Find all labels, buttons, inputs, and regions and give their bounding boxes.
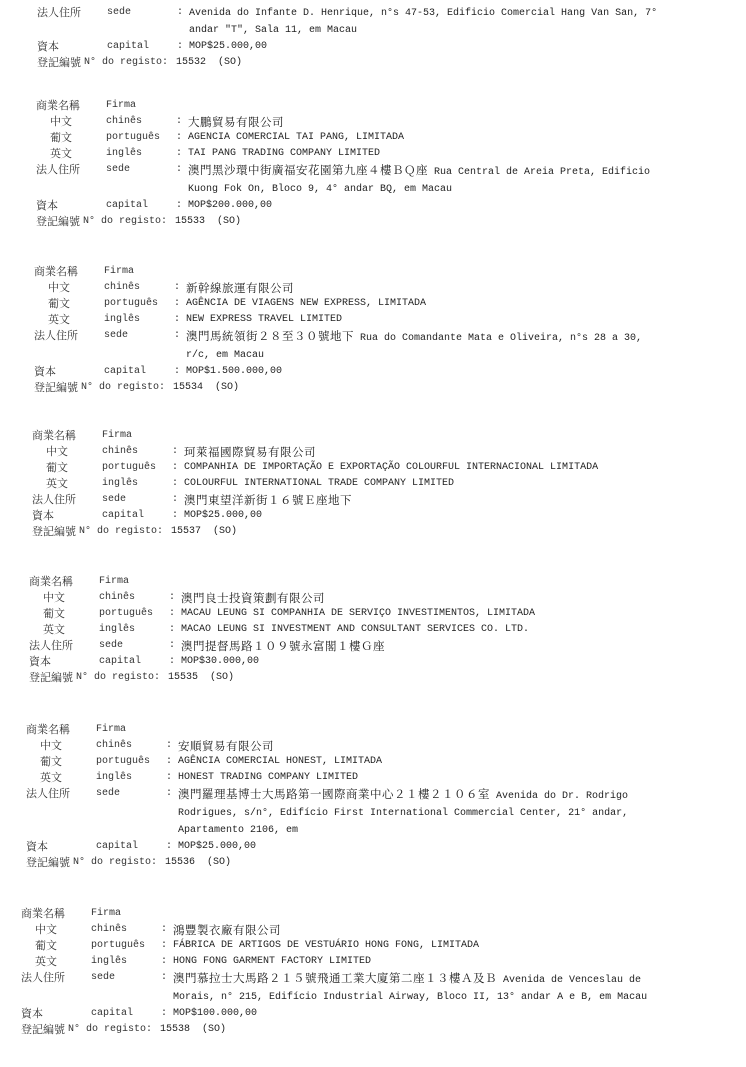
- capital-row: 資本 capital : MOP$30.000,00: [29, 654, 721, 670]
- colon: :: [161, 954, 173, 970]
- sede-label-zh: 法人住所: [29, 638, 99, 654]
- sede-row: 法人住所 sede : 澳門羅理基博士大馬路第一國際商業中心２１樓２１０６室 A…: [26, 786, 718, 839]
- portugues-row: 葡文 português : AGÊNCIA COMERCIAL HONEST,…: [26, 754, 718, 770]
- sede-value: Avenida do Infante D. Henrique, n°s 47-5…: [189, 5, 729, 39]
- sede-line: Avenida do Infante D. Henrique, n°s 47-5…: [189, 5, 729, 22]
- portugues-label-pt: português: [106, 130, 176, 146]
- firma-label-zh: 商業名稱: [21, 906, 91, 922]
- capital-value: MOP$100.000,00: [173, 1006, 713, 1022]
- registo-label-pt: N° do registo:: [68, 1022, 152, 1038]
- ingles-label-pt: inglês: [106, 146, 176, 162]
- colon: :: [172, 460, 184, 476]
- registo-suffix: (SO): [210, 670, 234, 686]
- registo-number: 15535: [168, 670, 198, 686]
- sede-row: 法人住所 sede : 澳門馬統領街２８至３０號地下 Rua do Comand…: [34, 328, 726, 364]
- sede-label-pt: sede: [104, 328, 174, 344]
- registo-row: 登記編號 N° do registo: 15535 (SO): [29, 670, 721, 686]
- sede-label-pt: sede: [91, 970, 161, 986]
- sede-line: r/c, em Macau: [186, 347, 726, 364]
- sede-value: 澳門黑沙環中街廣福安花園第九座４樓ＢＱ座 Rua Central de Arei…: [188, 162, 728, 198]
- capital-label-pt: capital: [107, 39, 177, 55]
- ingles-row: 英文 inglês : HONEST TRADING COMPANY LIMIT…: [26, 770, 718, 786]
- registo-label-pt: N° do registo:: [81, 380, 165, 396]
- portugues-label-zh: 葡文: [36, 130, 106, 146]
- portuguese-name: AGÊNCIA DE VIAGENS NEW EXPRESS, LIMITADA: [186, 296, 726, 312]
- registo-row: 登記編號 N° do registo: 15537 (SO): [32, 524, 724, 540]
- capital-value: MOP$30.000,00: [181, 654, 721, 670]
- registo-row: 登記編號 N° do registo: 15538 (SO): [21, 1022, 713, 1038]
- sede-label-pt: sede: [99, 638, 169, 654]
- registo-number: 15533: [175, 214, 205, 230]
- chines-row: 中文 chinês : 新幹線旅運有限公司: [34, 280, 726, 296]
- gazette-page: 法人住所 sede : Avenida do Infante D. Henriq…: [0, 0, 746, 1067]
- capital-row: 資本 capital : MOP$1.500.000,00: [34, 364, 726, 380]
- capital-label-zh: 資本: [34, 364, 104, 380]
- sede-chinese: 澳門馬統領街２８至３０號地下: [186, 329, 354, 343]
- registo-label-zh: 登記編號: [26, 855, 70, 871]
- colon: :: [174, 328, 186, 344]
- chines-row: 中文 chinês : 鴻豐製衣廠有限公司: [21, 922, 713, 938]
- colon: :: [176, 198, 188, 214]
- capital-label-pt: capital: [106, 198, 176, 214]
- firma-label-pt: Firma: [104, 264, 174, 280]
- chines-label-zh: 中文: [29, 590, 99, 606]
- registo-label-pt: N° do registo:: [79, 524, 163, 540]
- firma-label-zh: 商業名稱: [29, 574, 99, 590]
- ingles-label-pt: inglês: [96, 770, 166, 786]
- chines-label-pt: chinês: [96, 738, 166, 754]
- chinese-name: 安順貿易有限公司: [178, 739, 274, 753]
- portugues-row: 葡文 português : FÁBRICA DE ARTIGOS DE VES…: [21, 938, 713, 954]
- capital-value: MOP$25.000,00: [184, 508, 724, 524]
- ingles-row: 英文 inglês : COLOURFUL INTERNATIONAL TRAD…: [32, 476, 724, 492]
- firma-label-zh: 商業名稱: [34, 264, 104, 280]
- registo-label-zh: 登記編號: [21, 1022, 65, 1038]
- chines-label-zh: 中文: [26, 738, 96, 754]
- registo-suffix: (SO): [207, 855, 231, 871]
- portuguese-name: AGÊNCIA COMERCIAL HONEST, LIMITADA: [178, 754, 718, 770]
- firma-label-pt: Firma: [102, 428, 172, 444]
- english-name: TAI PANG TRADING COMPANY LIMITED: [188, 146, 728, 162]
- portugues-label-pt: português: [96, 754, 166, 770]
- chines-label-pt: chinês: [102, 444, 172, 460]
- colon: :: [176, 114, 188, 130]
- capital-value: MOP$25.000,00: [178, 839, 718, 855]
- firma-label-zh: 商業名稱: [36, 98, 106, 114]
- registo-label-pt: N° do registo:: [73, 855, 157, 871]
- portugues-label-zh: 葡文: [29, 606, 99, 622]
- portuguese-name: FÁBRICA DE ARTIGOS DE VESTUÁRIO HONG FON…: [173, 938, 713, 954]
- sede-line: Rodrigues, s/n°, Edifício First Internat…: [178, 805, 718, 822]
- colon: :: [169, 590, 181, 606]
- portuguese-name: MACAU LEUNG SI COMPANHIA DE SERVIÇO INVE…: [181, 606, 721, 622]
- chinese-name: 大鵬貿易有限公司: [188, 115, 284, 129]
- capital-label-zh: 資本: [32, 508, 102, 524]
- portugues-label-zh: 葡文: [26, 754, 96, 770]
- sede-label-pt: sede: [107, 5, 177, 21]
- portugues-label-pt: português: [99, 606, 169, 622]
- sede-label-zh: 法人住所: [34, 328, 104, 344]
- ingles-label-zh: 英文: [36, 146, 106, 162]
- ingles-label-pt: inglês: [104, 312, 174, 328]
- chines-label-pt: chinês: [106, 114, 176, 130]
- firma-label-zh: 商業名稱: [26, 722, 96, 738]
- firma-row: 商業名稱 Firma: [29, 574, 721, 590]
- chines-row: 中文 chinês : 安順貿易有限公司: [26, 738, 718, 754]
- sede-label-pt: sede: [96, 786, 166, 802]
- registo-label-pt: N° do registo:: [84, 55, 168, 71]
- colon: :: [176, 146, 188, 162]
- sede-line: andar "T", Sala 11, em Macau: [189, 22, 729, 39]
- registo-suffix: (SO): [213, 524, 237, 540]
- capital-label-pt: capital: [104, 364, 174, 380]
- sede-value: 澳門羅理基博士大馬路第一國際商業中心２１樓２１０６室 Avenida do Dr…: [178, 786, 718, 839]
- chines-label-zh: 中文: [36, 114, 106, 130]
- chines-label-zh: 中文: [32, 444, 102, 460]
- sede-label-pt: sede: [106, 162, 176, 178]
- chines-label-pt: chinês: [104, 280, 174, 296]
- company-entry-15532: 法人住所 sede : Avenida do Infante D. Henriq…: [37, 5, 729, 71]
- colon: :: [172, 444, 184, 460]
- chines-label-pt: chinês: [91, 922, 161, 938]
- english-name: NEW EXPRESS TRAVEL LIMITED: [186, 312, 726, 328]
- registo-number: 15536: [165, 855, 195, 871]
- colon: :: [169, 654, 181, 670]
- colon: :: [166, 770, 178, 786]
- capital-row: 資本 capital : MOP$200.000,00: [36, 198, 728, 214]
- firma-label-zh: 商業名稱: [32, 428, 102, 444]
- portugues-row: 葡文 português : COMPANHIA DE IMPORTAÇÃO E…: [32, 460, 724, 476]
- sede-label-zh: 法人住所: [21, 970, 91, 986]
- colon: :: [166, 754, 178, 770]
- ingles-label-zh: 英文: [32, 476, 102, 492]
- portugues-label-pt: português: [104, 296, 174, 312]
- colon: :: [161, 938, 173, 954]
- sede-line: Kuong Fok On, Bloco 9, 4° andar BQ, em M…: [188, 181, 728, 198]
- chinese-name: 澳門良士投資策劃有限公司: [181, 591, 325, 605]
- firma-row: 商業名稱 Firma: [34, 264, 726, 280]
- registo-label-zh: 登記編號: [29, 670, 73, 686]
- colon: :: [176, 162, 188, 178]
- capital-label-zh: 資本: [26, 839, 96, 855]
- sede-chinese: 澳門慕拉士大馬路２１５號飛通工業大廈第二座１３樓Ａ及Ｂ: [173, 971, 497, 985]
- english-name: COLOURFUL INTERNATIONAL TRADE COMPANY LI…: [184, 476, 724, 492]
- colon: :: [172, 476, 184, 492]
- capital-row: 資本 capital : MOP$25.000,00: [26, 839, 718, 855]
- portugues-row: 葡文 português : AGÊNCIA DE VIAGENS NEW EX…: [34, 296, 726, 312]
- colon: :: [166, 786, 178, 802]
- company-entry-15534: 商業名稱 Firma 中文 chinês : 新幹線旅運有限公司 葡文 port…: [34, 264, 726, 396]
- capital-value: MOP$200.000,00: [188, 198, 728, 214]
- english-name: MACAO LEUNG SI INVESTMENT AND CONSULTANT…: [181, 622, 721, 638]
- colon: :: [174, 280, 186, 296]
- portugues-label-zh: 葡文: [21, 938, 91, 954]
- ingles-label-zh: 英文: [21, 954, 91, 970]
- registo-row: 登記編號 N° do registo: 15533 (SO): [36, 214, 728, 230]
- ingles-row: 英文 inglês : MACAO LEUNG SI INVESTMENT AN…: [29, 622, 721, 638]
- portugues-label-zh: 葡文: [32, 460, 102, 476]
- ingles-label-pt: inglês: [91, 954, 161, 970]
- registo-row: 登記編號 N° do registo: 15536 (SO): [26, 855, 718, 871]
- colon: :: [169, 638, 181, 654]
- chinese-name: 鴻豐製衣廠有限公司: [173, 923, 281, 937]
- sede-row: 法人住所 sede : 澳門慕拉士大馬路２１５號飛通工業大廈第二座１３樓Ａ及Ｂ …: [21, 970, 713, 1006]
- company-entry-15538: 商業名稱 Firma 中文 chinês : 鴻豐製衣廠有限公司 葡文 port…: [21, 906, 713, 1038]
- sede-label-pt: sede: [102, 492, 172, 508]
- colon: :: [166, 839, 178, 855]
- capital-label-pt: capital: [102, 508, 172, 524]
- firma-label-pt: Firma: [106, 98, 176, 114]
- ingles-label-zh: 英文: [29, 622, 99, 638]
- capital-value: MOP$25.000,00: [189, 39, 729, 55]
- registo-label-pt: N° do registo:: [83, 214, 167, 230]
- colon: :: [169, 606, 181, 622]
- sede-label-zh: 法人住所: [32, 492, 102, 508]
- chines-row: 中文 chinês : 大鵬貿易有限公司: [36, 114, 728, 130]
- colon: :: [174, 364, 186, 380]
- sede-line: Rua Central de Areia Preta, Edificio: [434, 167, 650, 178]
- colon: :: [177, 39, 189, 55]
- registo-row: 登記編號 N° do registo: 15532 (SO): [37, 55, 729, 71]
- company-entry-15536: 商業名稱 Firma 中文 chinês : 安順貿易有限公司 葡文 portu…: [26, 722, 718, 871]
- firma-row: 商業名稱 Firma: [36, 98, 728, 114]
- portugues-label-zh: 葡文: [34, 296, 104, 312]
- english-name: HONG FONG GARMENT FACTORY LIMITED: [173, 954, 713, 970]
- registo-number: 15534: [173, 380, 203, 396]
- portuguese-name: COMPANHIA DE IMPORTAÇÃO E EXPORTAÇÃO COL…: [184, 460, 724, 476]
- sede-value: 澳門慕拉士大馬路２１５號飛通工業大廈第二座１３樓Ａ及Ｂ Avenida de V…: [173, 970, 713, 1006]
- registo-label-zh: 登記編號: [36, 214, 80, 230]
- capital-label-pt: capital: [99, 654, 169, 670]
- registo-number: 15537: [171, 524, 201, 540]
- colon: :: [161, 922, 173, 938]
- ingles-row: 英文 inglês : HONG FONG GARMENT FACTORY LI…: [21, 954, 713, 970]
- capital-label-pt: capital: [91, 1006, 161, 1022]
- ingles-label-zh: 英文: [26, 770, 96, 786]
- company-entry-15535: 商業名稱 Firma 中文 chinês : 澳門良士投資策劃有限公司 葡文 p…: [29, 574, 721, 686]
- colon: :: [169, 622, 181, 638]
- chinese-name: 新幹線旅運有限公司: [186, 281, 294, 295]
- colon: :: [174, 296, 186, 312]
- portugues-row: 葡文 português : MACAU LEUNG SI COMPANHIA …: [29, 606, 721, 622]
- registo-suffix: (SO): [215, 380, 239, 396]
- capital-row: 資本 capital : MOP$25.000,00: [37, 39, 729, 55]
- chines-label-pt: chinês: [99, 590, 169, 606]
- registo-label-zh: 登記編號: [32, 524, 76, 540]
- sede-label-zh: 法人住所: [37, 5, 107, 21]
- firma-row: 商業名稱 Firma: [32, 428, 724, 444]
- chines-row: 中文 chinês : 澳門良士投資策劃有限公司: [29, 590, 721, 606]
- firma-row: 商業名稱 Firma: [26, 722, 718, 738]
- sede-line: Morais, n° 215, Edifício Industrial Airw…: [173, 989, 713, 1006]
- registo-label-zh: 登記編號: [37, 55, 81, 71]
- colon: :: [172, 508, 184, 524]
- ingles-label-pt: inglês: [99, 622, 169, 638]
- firma-row: 商業名稱 Firma: [21, 906, 713, 922]
- english-name: HONEST TRADING COMPANY LIMITED: [178, 770, 718, 786]
- registo-row: 登記編號 N° do registo: 15534 (SO): [34, 380, 726, 396]
- ingles-row: 英文 inglês : NEW EXPRESS TRAVEL LIMITED: [34, 312, 726, 328]
- chines-row: 中文 chinês : 珂萊福國際貿易有限公司: [32, 444, 724, 460]
- registo-label-pt: N° do registo:: [76, 670, 160, 686]
- registo-number: 15532: [176, 55, 206, 71]
- portuguese-name: AGENCIA COMERCIAL TAI PANG, LIMITADA: [188, 130, 728, 146]
- sede-row: 法人住所 sede : 澳門黑沙環中街廣福安花園第九座４樓ＢＱ座 Rua Cen…: [36, 162, 728, 198]
- capital-label-zh: 資本: [21, 1006, 91, 1022]
- sede-line: Avenida de Venceslau de: [503, 975, 641, 986]
- capital-label-zh: 資本: [36, 198, 106, 214]
- sede-chinese: 澳門東望洋新街１６號Ｅ座地下: [184, 493, 352, 507]
- ingles-label-zh: 英文: [34, 312, 104, 328]
- colon: :: [174, 312, 186, 328]
- sede-row: 法人住所 sede : Avenida do Infante D. Henriq…: [37, 5, 729, 39]
- colon: :: [161, 970, 173, 986]
- sede-row: 法人住所 sede : 澳門東望洋新街１６號Ｅ座地下: [32, 492, 724, 508]
- sede-value: 澳門馬統領街２８至３０號地下 Rua do Comandante Mata e …: [186, 328, 726, 364]
- capital-label-zh: 資本: [29, 654, 99, 670]
- firma-label-pt: Firma: [99, 574, 169, 590]
- sede-chinese: 澳門提督馬路１０９號永富閣１樓Ｇ座: [181, 639, 385, 653]
- colon: :: [172, 492, 184, 508]
- sede-line: Rua do Comandante Mata e Oliveira, n°s 2…: [360, 333, 642, 344]
- company-entry-15537: 商業名稱 Firma 中文 chinês : 珂萊福國際貿易有限公司 葡文 po…: [32, 428, 724, 540]
- ingles-label-pt: inglês: [102, 476, 172, 492]
- sede-line: Avenida do Dr. Rodrigo: [496, 791, 628, 802]
- capital-row: 資本 capital : MOP$25.000,00: [32, 508, 724, 524]
- chines-label-zh: 中文: [21, 922, 91, 938]
- capital-row: 資本 capital : MOP$100.000,00: [21, 1006, 713, 1022]
- sede-label-zh: 法人住所: [36, 162, 106, 178]
- registo-suffix: (SO): [218, 55, 242, 71]
- registo-suffix: (SO): [202, 1022, 226, 1038]
- capital-label-pt: capital: [96, 839, 166, 855]
- sede-chinese: 澳門黑沙環中街廣福安花園第九座４樓ＢＱ座: [188, 163, 428, 177]
- ingles-row: 英文 inglês : TAI PANG TRADING COMPANY LIM…: [36, 146, 728, 162]
- colon: :: [166, 738, 178, 754]
- portugues-label-pt: português: [102, 460, 172, 476]
- portugues-row: 葡文 português : AGENCIA COMERCIAL TAI PAN…: [36, 130, 728, 146]
- chinese-name: 珂萊福國際貿易有限公司: [184, 445, 316, 459]
- colon: :: [176, 130, 188, 146]
- firma-label-pt: Firma: [91, 906, 161, 922]
- registo-suffix: (SO): [217, 214, 241, 230]
- colon: :: [161, 1006, 173, 1022]
- firma-label-pt: Firma: [96, 722, 166, 738]
- sede-row: 法人住所 sede : 澳門提督馬路１０９號永富閣１樓Ｇ座: [29, 638, 721, 654]
- capital-label-zh: 資本: [37, 39, 107, 55]
- portugues-label-pt: português: [91, 938, 161, 954]
- sede-label-zh: 法人住所: [26, 786, 96, 802]
- company-entry-15533: 商業名稱 Firma 中文 chinês : 大鵬貿易有限公司 葡文 portu…: [36, 98, 728, 230]
- capital-value: MOP$1.500.000,00: [186, 364, 726, 380]
- registo-number: 15538: [160, 1022, 190, 1038]
- sede-line: Apartamento 2106, em: [178, 822, 718, 839]
- chines-label-zh: 中文: [34, 280, 104, 296]
- colon: :: [177, 5, 189, 21]
- sede-chinese: 澳門羅理基博士大馬路第一國際商業中心２１樓２１０６室: [178, 787, 490, 801]
- registo-label-zh: 登記編號: [34, 380, 78, 396]
